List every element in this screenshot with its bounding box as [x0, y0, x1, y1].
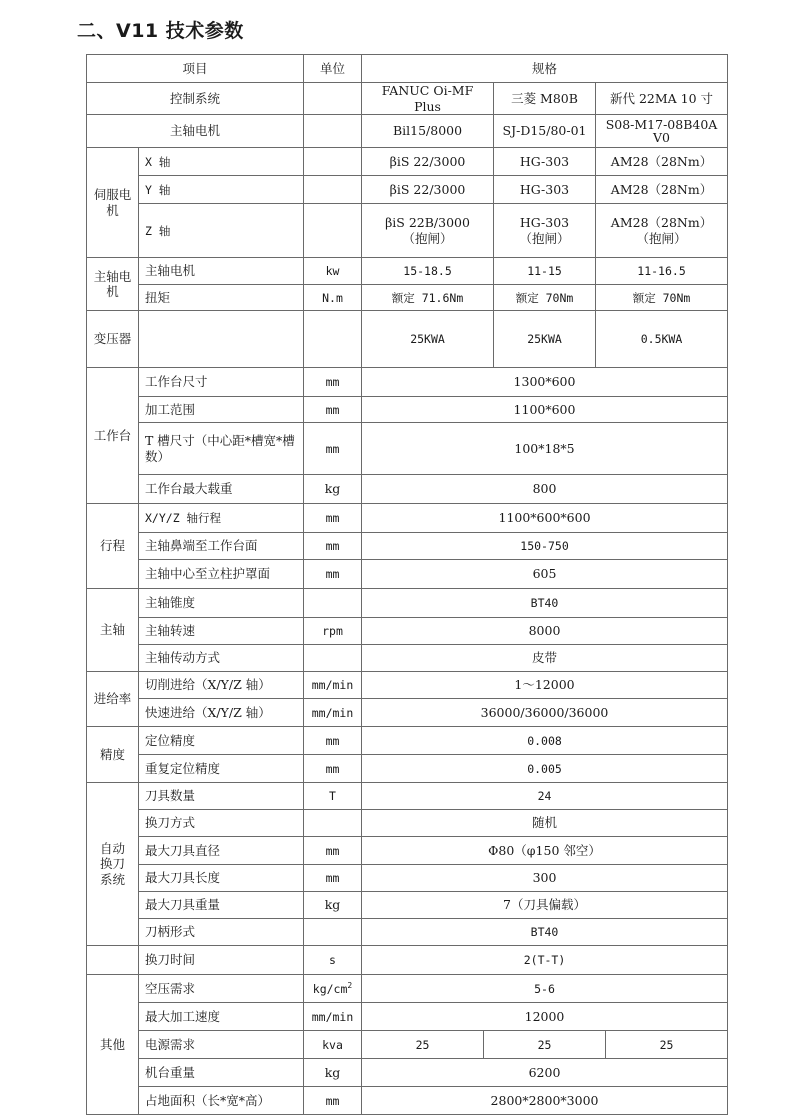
spec-value: HG-303 — [494, 176, 596, 204]
row-unit: mm — [304, 368, 362, 397]
table-row: 主轴电机 Bil15/8000 SJ-D15/80-01 S08-M17-08B… — [87, 115, 728, 148]
spec-value: βiS 22/3000 — [362, 176, 494, 204]
row-label: 空压需求 — [139, 975, 304, 1003]
spec-value: AM28（28Nm） — [596, 148, 728, 176]
row-label: 刀柄形式 — [139, 919, 304, 946]
spec-value: βiS 22B/3000（抱闸） — [362, 204, 494, 258]
table-row: 主轴电机 主轴电机 kw 15-18.5 11-15 11-16.5 — [87, 258, 728, 285]
row-label: 工作台最大载重 — [139, 475, 304, 504]
spec-value: 25 — [362, 1031, 483, 1058]
row-unit: mm — [304, 755, 362, 783]
row-unit — [304, 810, 362, 837]
group-label: 精度 — [87, 727, 139, 783]
spec-value: 36000/36000/36000 — [362, 699, 728, 727]
table-row: 精度 定位精度 mm 0.008 — [87, 727, 728, 755]
power-values: 25 25 25 — [362, 1031, 728, 1059]
row-unit: mm/min — [304, 699, 362, 727]
spec-value: 100*18*5 — [362, 423, 728, 475]
spec-value: 11-15 — [494, 258, 596, 285]
table-row: 主轴中心至立柱护罩面 mm 605 — [87, 560, 728, 589]
table-row: 快速进给（X/Y/Z 轴） mm/min 36000/36000/36000 — [87, 699, 728, 727]
spec-value: 6200 — [362, 1059, 728, 1087]
spec-value: βiS 22/3000 — [362, 148, 494, 176]
row-label: X 轴 — [139, 148, 304, 176]
spec-value: 0.005 — [362, 755, 728, 783]
table-row: 进给率 切削进给（X/Y/Z 轴） mm/min 1～12000 — [87, 672, 728, 699]
spec-value: 额定 70Nm — [494, 285, 596, 311]
row-label: 占地面积（长*宽*高） — [139, 1087, 304, 1115]
table-row: 最大刀具长度 mm 300 — [87, 865, 728, 892]
row-unit: mm — [304, 1087, 362, 1115]
spec-value: 皮带 — [362, 645, 728, 672]
spec-value: 150-750 — [362, 533, 728, 560]
spec-value: 8000 — [362, 618, 728, 645]
spec-value: 1～12000 — [362, 672, 728, 699]
row-unit — [304, 176, 362, 204]
spec-value: BT40 — [362, 589, 728, 618]
row-label: T 槽尺寸（中心距*槽宽*槽数） — [139, 423, 304, 475]
row-unit: mm — [304, 423, 362, 475]
spec-value: 1100*600*600 — [362, 504, 728, 533]
row-label: 换刀方式 — [139, 810, 304, 837]
row-unit: mm — [304, 533, 362, 560]
row-label: 主轴电机 — [87, 115, 304, 148]
row-unit: kg/cm2 — [304, 975, 362, 1003]
table-row: 工作台最大载重 kg 800 — [87, 475, 728, 504]
row-unit — [304, 589, 362, 618]
spec-value: 15-18.5 — [362, 258, 494, 285]
table-row: 变压器 25KWA 25KWA 0.5KWA — [87, 311, 728, 368]
spec-value: 额定 70Nm — [596, 285, 728, 311]
row-label: 主轴锥度 — [139, 589, 304, 618]
spec-value: 0.008 — [362, 727, 728, 755]
spec-value: AM28（28Nm） — [596, 176, 728, 204]
row-label: 主轴电机 — [139, 258, 304, 285]
row-unit — [304, 311, 362, 368]
row-label: 扭矩 — [139, 285, 304, 311]
row-label: 最大加工速度 — [139, 1003, 304, 1031]
spec-value: 0.5KWA — [596, 311, 728, 368]
row-unit — [304, 115, 362, 148]
spec-value: 新代 22MA 10 寸 — [596, 83, 728, 115]
row-label: 切削进给（X/Y/Z 轴） — [139, 672, 304, 699]
spec-value: 11-16.5 — [596, 258, 728, 285]
row-unit: T — [304, 783, 362, 810]
row-label: 换刀时间 — [139, 946, 304, 975]
row-unit: mm/min — [304, 1003, 362, 1031]
row-label: 最大刀具重量 — [139, 892, 304, 919]
table-row: 主轴鼻端至工作台面 mm 150-750 — [87, 533, 728, 560]
row-unit — [304, 83, 362, 115]
group-label: 主轴电机 — [87, 258, 139, 311]
row-unit: kg — [304, 1059, 362, 1087]
spec-value: 25KWA — [362, 311, 494, 368]
row-label: 定位精度 — [139, 727, 304, 755]
table-row: Y 轴 βiS 22/3000 HG-303 AM28（28Nm） — [87, 176, 728, 204]
row-label: 快速进给（X/Y/Z 轴） — [139, 699, 304, 727]
row-unit: N.m — [304, 285, 362, 311]
row-unit — [304, 204, 362, 258]
row-label — [139, 311, 304, 368]
spec-value: FANUC Oi-MF Plus — [362, 83, 494, 115]
table-row: 重复定位精度 mm 0.005 — [87, 755, 728, 783]
row-unit: mm — [304, 727, 362, 755]
row-unit: mm — [304, 837, 362, 865]
row-unit — [304, 919, 362, 946]
table-row: 最大刀具直径 mm Φ80（φ150 邻空） — [87, 837, 728, 865]
table-row: 换刀时间 s 2(T-T) — [87, 946, 728, 975]
table-row: Z 轴 βiS 22B/3000（抱闸） HG-303（抱闸） AM28（28N… — [87, 204, 728, 258]
spec-value: 1100*600 — [362, 397, 728, 423]
table-row: 主轴传动方式 皮带 — [87, 645, 728, 672]
group-label: 其他 — [87, 975, 139, 1115]
spec-value: 1300*600 — [362, 368, 728, 397]
spec-value: 25KWA — [494, 311, 596, 368]
row-label: Z 轴 — [139, 204, 304, 258]
table-row: 扭矩 N.m 额定 71.6Nm 额定 70Nm 额定 70Nm — [87, 285, 728, 311]
header-spec: 规格 — [362, 55, 728, 83]
row-label: 主轴传动方式 — [139, 645, 304, 672]
table-row: 自动换刀系统 刀具数量 T 24 — [87, 783, 728, 810]
table-row: 控制系统 FANUC Oi-MF Plus 三菱 M80B 新代 22MA 10… — [87, 83, 728, 115]
table-row: 伺服电机 X 轴 βiS 22/3000 HG-303 AM28（28Nm） — [87, 148, 728, 176]
row-unit: kg — [304, 475, 362, 504]
table-row: 主轴转速 rpm 8000 — [87, 618, 728, 645]
row-label: 最大刀具直径 — [139, 837, 304, 865]
table-row: 占地面积（长*宽*高） mm 2800*2800*3000 — [87, 1087, 728, 1115]
spec-value: 24 — [362, 783, 728, 810]
spec-value: 额定 71.6Nm — [362, 285, 494, 311]
group-label: 工作台 — [87, 368, 139, 504]
section-title: 二、V11 技术参数 — [77, 16, 244, 43]
row-label: 加工范围 — [139, 397, 304, 423]
spec-value: 2800*2800*3000 — [362, 1087, 728, 1115]
group-label: 伺服电机 — [87, 148, 139, 258]
row-unit: kg — [304, 892, 362, 919]
group-label: 进给率 — [87, 672, 139, 727]
spec-value: 25 — [483, 1031, 605, 1058]
spec-value: 12000 — [362, 1003, 728, 1031]
spec-value: 300 — [362, 865, 728, 892]
table-row: 行程 X/Y/Z 轴行程 mm 1100*600*600 — [87, 504, 728, 533]
row-unit: mm — [304, 865, 362, 892]
row-unit: mm — [304, 397, 362, 423]
row-label: 主轴鼻端至工作台面 — [139, 533, 304, 560]
table-row: 其他 空压需求 kg/cm2 5-6 — [87, 975, 728, 1003]
table-row: 加工范围 mm 1100*600 — [87, 397, 728, 423]
spec-value: 605 — [362, 560, 728, 589]
header-unit: 单位 — [304, 55, 362, 83]
table-row: 机台重量 kg 6200 — [87, 1059, 728, 1087]
spec-value: SJ-D15/80-01 — [494, 115, 596, 148]
table-row: 最大加工速度 mm/min 12000 — [87, 1003, 728, 1031]
row-unit — [304, 148, 362, 176]
spec-value: HG-303（抱闸） — [494, 204, 596, 258]
row-unit: mm — [304, 560, 362, 589]
spec-value: Bil15/8000 — [362, 115, 494, 148]
spec-value: 2(T-T) — [362, 946, 728, 975]
spec-value: HG-303 — [494, 148, 596, 176]
row-label: 工作台尺寸 — [139, 368, 304, 397]
row-unit: s — [304, 946, 362, 975]
row-label: X/Y/Z 轴行程 — [139, 504, 304, 533]
spec-value: 5-6 — [362, 975, 728, 1003]
row-unit — [304, 645, 362, 672]
row-unit: kva — [304, 1031, 362, 1059]
row-unit: kw — [304, 258, 362, 285]
group-label: 主轴 — [87, 589, 139, 672]
row-label: 主轴中心至立柱护罩面 — [139, 560, 304, 589]
group-label: 变压器 — [87, 311, 139, 368]
table-row: T 槽尺寸（中心距*槽宽*槽数） mm 100*18*5 — [87, 423, 728, 475]
row-unit: rpm — [304, 618, 362, 645]
row-unit: mm — [304, 504, 362, 533]
row-label: Y 轴 — [139, 176, 304, 204]
spec-value: AM28（28Nm）（抱闸） — [596, 204, 728, 258]
header-item: 项目 — [87, 55, 304, 83]
spec-value: BT40 — [362, 919, 728, 946]
table-row: 主轴 主轴锥度 BT40 — [87, 589, 728, 618]
spec-table: 项目 单位 规格 控制系统 FANUC Oi-MF Plus 三菱 M80B 新… — [86, 54, 728, 1115]
table-row: 工作台 工作台尺寸 mm 1300*600 — [87, 368, 728, 397]
spec-value: 25 — [605, 1031, 727, 1058]
row-label: 主轴转速 — [139, 618, 304, 645]
row-label: 重复定位精度 — [139, 755, 304, 783]
spec-value: 800 — [362, 475, 728, 504]
row-label: 最大刀具长度 — [139, 865, 304, 892]
spec-value: Φ80（φ150 邻空） — [362, 837, 728, 865]
table-row: 刀柄形式 BT40 — [87, 919, 728, 946]
group-label: 行程 — [87, 504, 139, 589]
row-label: 电源需求 — [139, 1031, 304, 1059]
row-unit: mm/min — [304, 672, 362, 699]
spec-value: S08-M17-08B40A V0 — [596, 115, 728, 148]
table-row: 换刀方式 随机 — [87, 810, 728, 837]
group-label: 自动换刀系统 — [87, 783, 139, 946]
row-label: 控制系统 — [87, 83, 304, 115]
spec-value: 7（刀具偏载） — [362, 892, 728, 919]
group-label — [87, 946, 139, 975]
row-label: 刀具数量 — [139, 783, 304, 810]
table-row: 电源需求 kva 25 25 25 — [87, 1031, 728, 1059]
table-row: 最大刀具重量 kg 7（刀具偏载） — [87, 892, 728, 919]
spec-value: 三菱 M80B — [494, 83, 596, 115]
spec-value: 随机 — [362, 810, 728, 837]
header-row: 项目 单位 规格 — [87, 55, 728, 83]
row-label: 机台重量 — [139, 1059, 304, 1087]
